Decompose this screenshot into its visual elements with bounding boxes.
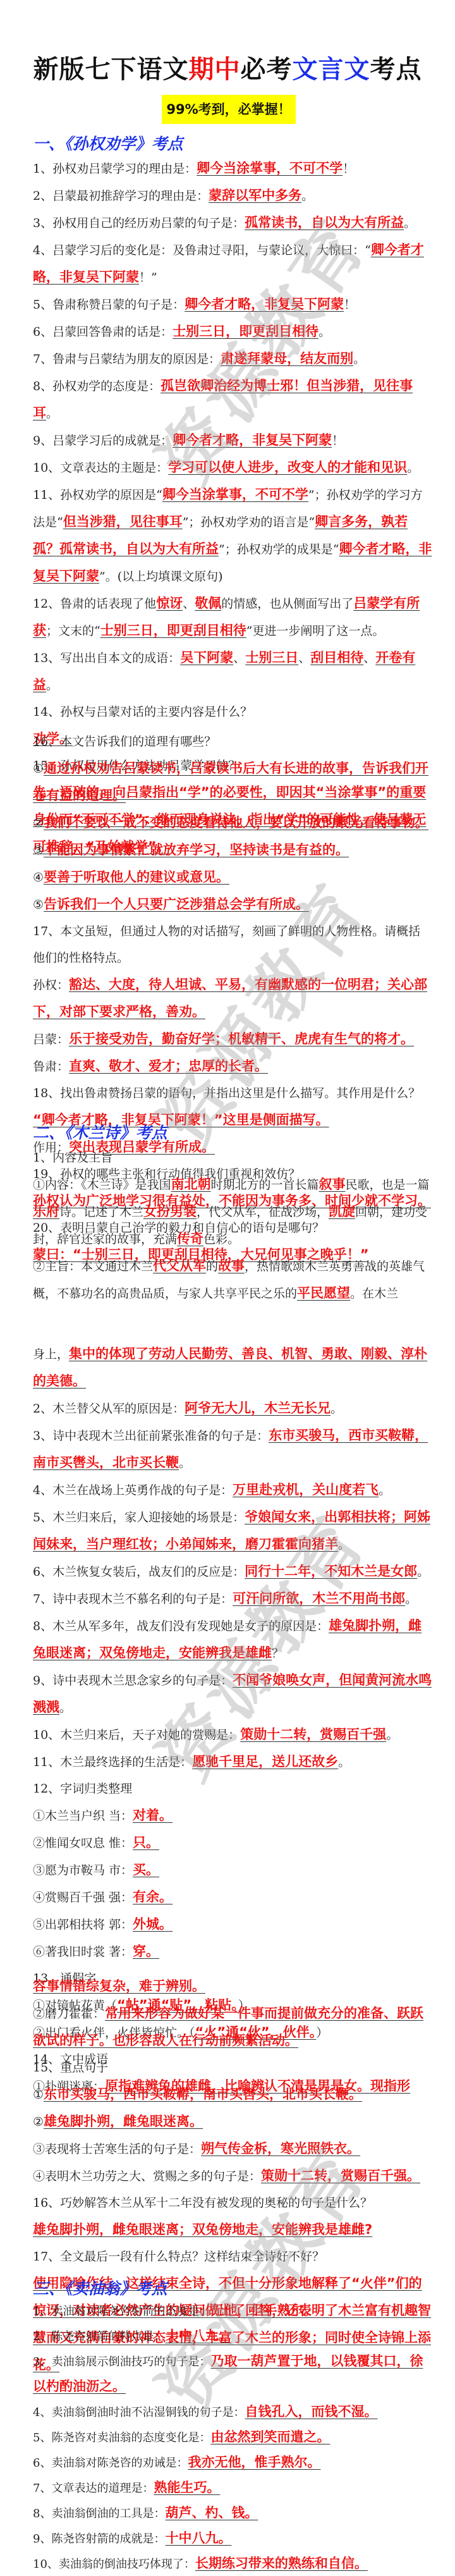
- item-12: 12、鲁肃的话表现了他惊讶、敬佩的情感，也从侧面写出了吕蒙学有所获；文末的“士别…: [33, 590, 432, 644]
- answer-text: 同行十二年，不知木兰是女郎: [245, 1564, 417, 1579]
- answer-text: 叙事: [319, 1177, 346, 1192]
- text-fragment: ②磨刀霍霍：: [33, 2007, 105, 2021]
- text-fragment: 诗。记述了木兰: [59, 1205, 143, 1219]
- text-fragment: 。在木兰: [350, 1287, 398, 1301]
- text-fragment: ①: [33, 2088, 44, 2102]
- text-fragment: ”；孙权劝学的成果是“: [219, 543, 339, 556]
- item-1: 1、孙权劝吕蒙学习的理由是：卿今当涂掌事，不可不学！: [33, 155, 432, 182]
- answer-text: 我们不要以一成不变的态度看待他人，要以开放的眼光看待事物。: [44, 815, 428, 830]
- answer-text: 穿。: [133, 1944, 159, 1959]
- text-fragment: 。: [179, 1456, 191, 1470]
- item-10: 10、文章表达的主题是：学习可以使人进步，改变人的才能和见识。: [33, 454, 432, 481]
- text-fragment: ①木兰当户织 当：: [33, 1809, 133, 1823]
- answer-text: 对着。: [133, 1808, 173, 1823]
- vocab-row-2: ②惟闻女叹息 惟：只。: [33, 1829, 432, 1856]
- text-fragment: ④赏赐百千强 强：: [33, 1891, 133, 1904]
- answer-text: 直爽、敬才、爱才；忠厚的长者。: [69, 1058, 268, 1074]
- mulan-item-16-answer: 雄兔脚扑朔，雌兔眼迷离；双兔傍地走，安能辨我是雄雌?: [33, 2216, 432, 2243]
- text-fragment: 。: [301, 189, 313, 203]
- text-fragment: 5、鲁肃称赞吕蒙的句子是：: [33, 298, 185, 312]
- text-fragment: ”。(以上均填课文原句): [99, 570, 223, 584]
- answer-text: 不能因为事情繁忙就放弃学习，坚持读书是有益的。: [44, 842, 349, 857]
- answer-text: 女扮男装: [143, 1204, 197, 1219]
- text-fragment: ①: [33, 762, 44, 776]
- mulan-item-3: 3、诗中表现木兰出征前紧张准备的句子是：东市买骏马，西市买鞍鞯，南市买辔头，北市…: [33, 1422, 432, 1476]
- theme-paragraph: ②主旨：本文通过木兰代父从军的故事，热情歌颂木兰英勇善战的英雄气概，不慕功名的高…: [33, 1253, 432, 1307]
- item-11: 11、孙权劝学的原因是“卿今当涂掌事，不可不学”；孙权劝学的学习方法是“但当涉猎…: [33, 481, 432, 590]
- answer-text: 长期练习带来的熟练和自信。: [195, 2556, 368, 2571]
- text-fragment: 。: [338, 1538, 350, 1552]
- text-fragment: 。: [46, 678, 58, 692]
- item-16-answer-3: ③不能因为事情繁忙就放弃学习，坚持读书是有益的。: [33, 837, 432, 864]
- mulan-item-7: 7、诗中表现木兰不慕名利的句子是：可汗问所欲，木兰不用尚书郎。: [33, 1585, 432, 1612]
- text-fragment: 1、卖油翁对陈尧咨射箭的态度是：: [33, 2305, 210, 2318]
- text-fragment: 。: [417, 1565, 429, 1579]
- text-fragment: 2、木兰替父从军的原因是：: [33, 1402, 185, 1416]
- answer-text: 十中八九。: [165, 2328, 231, 2343]
- mulan-item-2: 2、木兰替父从军的原因是：阿爷无大儿，木兰无长兄。: [33, 1395, 432, 1422]
- answer-text: 传奇: [177, 1231, 203, 1246]
- text-fragment: 时期北方的一首长篇: [211, 1178, 319, 1192]
- mulan-item-9: 9、诗中表现木兰思念家乡的句子是：不闻爷娘唤女声，但闻黄河流水鸣溅溅。: [33, 1667, 432, 1721]
- text-fragment: 。: [404, 216, 416, 230]
- answer-text: 学习可以使人进步，改变人的才能和见识: [168, 460, 407, 475]
- subtitle-highlight: 99%考到，必掌握！: [162, 95, 296, 124]
- text-fragment: 10、木兰归来后，天子对她的赏赐是：: [33, 1728, 240, 1742]
- text-fragment: ②: [33, 2115, 44, 2129]
- text-fragment: 民歌，也是一篇: [346, 1178, 430, 1192]
- text-fragment: 1、孙权劝吕蒙学习的理由是：: [33, 162, 197, 176]
- text-fragment: 4、木兰在战场上英勇作战的句子是：: [33, 1483, 233, 1497]
- key-sentence-3: ③表现将士苦寒生活的句子是：朔气传金柝，寒光照铁衣。: [33, 2135, 432, 2162]
- text-fragment: 3、卖油翁展示倒油技巧的句子是：: [33, 2355, 210, 2369]
- answer-text: 告诉我们一个人只要广泛涉猎总会学有所成。: [44, 897, 309, 912]
- answer-text: 我亦无他，惟手熟尔。: [188, 2455, 320, 2470]
- item-16-answer-2: ②我们不要以一成不变的态度看待他人，要以开放的眼光看待事物。: [33, 809, 432, 837]
- text-fragment: 。: [338, 1755, 350, 1769]
- text-fragment: 5、木兰归来后，家人迎接她的场景是：: [33, 1511, 245, 1524]
- answer-text: 吴下阿蒙: [180, 650, 233, 665]
- answer-text: 通过孙权劝告吕蒙读书，吕蒙读书后大有长进的故事，告诉我们开卷有益的道理。: [33, 761, 428, 803]
- item-4: 4、吕蒙学习后的变化是：及鲁肃过寻阳，与蒙论议，大惊曰：“卿今者才略，非复吴下阿…: [33, 236, 432, 291]
- answer-text: 熟能生巧。: [154, 2480, 220, 2495]
- oil-item-7: 7、文章表达的道理是：熟能生巧。: [33, 2475, 432, 2501]
- answer-text: 阿爷无大儿，木兰无长兄: [185, 1401, 331, 1416]
- key-sentence-4: ④表明木兰功劳之大、赏赐之多的句子是：策勋十二转，赏赐百千强。: [33, 2162, 432, 2190]
- text-fragment: ！: [332, 434, 344, 448]
- text-fragment: 9、诗中表现木兰思念家乡的句子是：: [33, 1674, 233, 1688]
- idiom-row-1-cont: 容事情错综复杂，难于辨别。: [33, 1973, 432, 2000]
- answer-text: 策勋十二转，赏赐百千强。: [261, 2168, 420, 2183]
- answer-text: 刮目相待: [310, 650, 363, 665]
- text-fragment: 6、卖油翁对陈尧咨的劝诫是：: [33, 2456, 188, 2470]
- text-fragment: ⑤出郭相扶将 郭：: [33, 1918, 133, 1932]
- key-sentence-1: ①东市买骏马，西市买鞍鞯，南市买辔头，北市买长鞭。: [33, 2081, 432, 2108]
- answer-text: 葫芦、杓、钱。: [165, 2505, 258, 2520]
- text-fragment: 色彩。: [203, 1232, 240, 1246]
- text-fragment: 9、吕蒙学习后的成就是：: [33, 434, 173, 448]
- item-18-question: 18、找出鲁肃赞扬吕蒙的语句，并指出这里是什么描写。其作用是什么？: [33, 1080, 432, 1107]
- answer-text: 卿今当涂掌事，不可不学: [162, 487, 308, 502]
- text-fragment: 8、卖油翁倒油的工具是：: [33, 2507, 165, 2520]
- oil-item-1: 1、卖油翁对陈尧咨射箭的态度是：无他，但手熟尔。: [33, 2298, 432, 2324]
- answer-text: 乐于接受劝告，勤奋好学；机敏精干、虎虎有生气的将才。: [69, 1031, 414, 1046]
- answer-text: 士别三日: [245, 650, 298, 665]
- answer-text: 乐府: [33, 1204, 59, 1219]
- item-16-answer-5: ⑤告诉我们一个人只要广泛涉猎总会学有所成。: [33, 891, 432, 918]
- text-fragment: 必考: [241, 55, 293, 84]
- answer-text: 十中八九。: [165, 2530, 231, 2546]
- text-fragment: 13、写出出自本文的成语：: [33, 651, 180, 665]
- content-paragraph: ①内容：《木兰诗》是我国南北朝时期北方的一首长篇叙事民歌，也是一篇乐府诗。记述了…: [33, 1171, 432, 1253]
- mulan-item-4: 4、木兰在战场上英勇作战的句子是：万里赴戎机，关山度若飞。: [33, 1476, 432, 1504]
- text-fragment: 3、诗中表现木兰出征前紧张准备的句子是：: [33, 1429, 269, 1443]
- text-fragment: ④表明木兰功劳之大、赏赐之多的句子是：: [33, 2169, 261, 2183]
- text-fragment: 。: [353, 352, 365, 366]
- text-fragment: 7、诗中表现木兰不慕名利的句子是：: [33, 1592, 233, 1606]
- answer-text: 平民愿望: [297, 1285, 350, 1301]
- text-fragment: ”；孙权劝学劝的语言是“: [183, 515, 315, 529]
- answer-text: 万里赴戎机，关山度若飞: [233, 1482, 379, 1497]
- text-fragment: ③表现将士苦寒生活的句子是：: [33, 2142, 201, 2156]
- text-fragment: ④: [33, 871, 44, 885]
- text-fragment: 考点: [370, 55, 422, 84]
- answer-text: 蒙辞以军中多务: [209, 188, 301, 203]
- answer-text: 有余。: [133, 1889, 173, 1904]
- answer-text: 敬佩: [195, 596, 221, 611]
- text-fragment: ！: [343, 162, 355, 176]
- text-fragment: 10、卖油翁的倒油技巧体现了：: [33, 2558, 195, 2571]
- text-fragment: 11、孙权劝学的原因是“: [33, 488, 162, 502]
- answer-text: 容事情错综复杂，难于辨别。: [33, 1978, 205, 1994]
- mulan-item-5: 5、木兰归来后，家人迎接她的场景是：爷娘闻女来，出郭相扶将；阿姊闻妹来，当户理红…: [33, 1504, 432, 1558]
- text-fragment: 。: [386, 1728, 398, 1742]
- vocab-row-4: ④赏赐百千强 强：有余。: [33, 1884, 432, 1911]
- item-3: 3、孙权用自己的经历劝吕蒙的句子是：孤常读书，自以为大有所益。: [33, 209, 432, 236]
- text-fragment: 7、文章表达的道理是：: [33, 2482, 154, 2495]
- item-17-lumeng: 吕蒙：乐于接受劝告，勤奋好学；机敏精干、虎虎有生气的将才。: [33, 1026, 432, 1053]
- text-fragment: 。: [59, 1701, 71, 1715]
- item-5: 5、鲁肃称赞吕蒙的句子是：卿今者才略，非复吴下阿蒙！: [33, 291, 432, 318]
- text-fragment: ！”: [139, 271, 157, 285]
- text-fragment: 鲁肃：: [33, 1060, 69, 1074]
- answer-text: 士别三日，即更刮目相待: [173, 324, 318, 339]
- text-fragment: 9、陈尧咨射箭的成就是：: [33, 2532, 165, 2546]
- answer-text: 肃遂拜蒙母，结友而别: [221, 351, 353, 366]
- oil-item-8: 8、卖油翁倒油的工具是：葫芦、杓、钱。: [33, 2501, 432, 2526]
- vocab-label: 12、字词归类整理: [33, 1776, 432, 1802]
- text-fragment: 。: [331, 1402, 343, 1416]
- key-sentence-2: ②雄兔脚扑朔，雌兔眼迷离。: [33, 2108, 432, 2135]
- page-title: 新版七下语文期中必考文言文考点: [0, 49, 455, 85]
- answer-text: 朔气传金柝，寒光照铁衣。: [201, 2141, 360, 2156]
- text-fragment: ①内容：《木兰诗》是我国: [33, 1178, 171, 1192]
- mulan-item-6: 6、木兰恢复女装后，战友们的反应是：同行十二年，不知木兰是女郎。: [33, 1558, 432, 1585]
- text-fragment: 7、鲁肃与吕蒙结为朋友的原因是：: [33, 352, 221, 366]
- answer-text: 可汗问所欲，木兰不用尚书郎: [233, 1591, 405, 1606]
- answer-text: 士别三日，即更刮目相待: [100, 623, 246, 638]
- item-9: 9、吕蒙学习后的成就是：卿今者才略，非复吴下阿蒙！: [33, 427, 432, 454]
- text-fragment: 、: [233, 651, 245, 665]
- text-fragment: 10、文章表达的主题是：: [33, 461, 168, 475]
- answer-text: 集中的体现了劳动人民勤劳、善良、机智、勇敢、刚毅、淳朴的美德。: [33, 1346, 427, 1389]
- text-fragment: 3、孙权用自己的经历劝吕蒙的句子是：: [33, 216, 245, 230]
- key-sentences-label: 15、重点句子: [33, 2054, 432, 2081]
- item-7: 7、鲁肃与吕蒙结为朋友的原因是：肃遂拜蒙母，结友而别。: [33, 345, 432, 372]
- answer-text: 但当涉猎，见往事耳: [63, 514, 183, 529]
- text-fragment: 8、孙权劝学的态度是：: [33, 379, 161, 393]
- text-fragment: 的情感，也从侧面写出了: [221, 597, 353, 611]
- text-fragment: ②主旨：本文通过木兰: [33, 1260, 153, 1273]
- text-fragment: ！: [344, 298, 356, 312]
- vocab-row-5: ⑤出郭相扶将 郭：外城。: [33, 1911, 432, 1938]
- answer-text: 自钱孔入，而钱不湿。: [245, 2404, 377, 2419]
- content-label: 1、内容及主旨: [33, 1144, 432, 1171]
- text-fragment: 。: [407, 461, 419, 475]
- section-heading-2: 二、《木兰诗》考点: [33, 1120, 167, 1146]
- item-16-answer-1: ①通过孙权劝告吕蒙读书，吕蒙读书后大有长进的故事，告诉我们开卷有益的道理。: [33, 755, 432, 809]
- answer-text: 只。: [133, 1835, 159, 1850]
- text-fragment: ⑥著我旧时裳 著：: [33, 1945, 133, 1959]
- answer-text: 雄兔脚扑朔，雌兔眼迷离。: [44, 2114, 203, 2129]
- oil-item-4: 4、卖油翁倒油时油不沾湿铜钱的句子是：自钱孔入，而钱不湿。: [33, 2400, 432, 2425]
- text-fragment: ；文末的“: [46, 624, 100, 638]
- item-16-question: 16、本文告诉我们的道理有哪些？: [33, 728, 432, 755]
- text-fragment: ③: [33, 843, 44, 857]
- text-fragment: 。: [46, 407, 58, 420]
- oil-item-6: 6、卖油翁对陈尧咨的劝诫是：我亦无他，惟手熟尔。: [33, 2450, 432, 2475]
- text-fragment: ？: [272, 1647, 284, 1660]
- oil-item-2: 2、陈尧咨射箭的特点是：十中八九。: [33, 2324, 432, 2349]
- vocab-row-6: ⑥著我旧时裳 著：穿。: [33, 1938, 432, 1965]
- oil-item-9: 9、陈尧咨射箭的成就是：十中八九。: [33, 2526, 432, 2551]
- item-6: 6、吕蒙回答鲁肃的话是：士别三日，即更刮目相待。: [33, 318, 432, 345]
- text-fragment: 期中: [189, 55, 241, 84]
- text-fragment: ”更进一步阐明了这一点。: [246, 624, 385, 638]
- answer-text: 愿驰千里足，送儿还故乡: [192, 1754, 338, 1769]
- vocab-row-1: ①木兰当户织 当：对着。: [33, 1802, 432, 1829]
- text-fragment: 11、木兰最终选择的生活是：: [33, 1755, 192, 1769]
- oil-item-3: 3、卖油翁展示倒油技巧的句子是：乃取一葫芦置于地，以钱覆其口，徐以杓酌油沥之。: [33, 2349, 432, 2400]
- mulan-item-17-question: 17、全文最后一段有什么特点？这样结束全诗好不好？: [33, 2243, 432, 2270]
- mulan-item-16-question: 16、巧妙解答木兰从军十二年没有被发现的奥秘的句子是什么？: [33, 2190, 432, 2216]
- answer-text: 代父从军: [153, 1258, 206, 1273]
- answer-text: 故事: [218, 1258, 245, 1273]
- item-8: 8、孙权劝学的态度是：孤岂欲卿治经为博士邪！但当涉猎，见往事耳。: [33, 372, 432, 427]
- idiom-row-2: ②磨刀霍霍：常用来形容为做好某一件事而提前做充分的准备、跃跃欲试的样子。也形容敌…: [33, 2000, 432, 2054]
- text-fragment: 、: [183, 597, 195, 611]
- answer-text: 惊讶: [156, 596, 183, 611]
- text-fragment: 2、吕蒙最初推辞学习的理由是：: [33, 189, 209, 203]
- answer-text: 东市买骏马，西市买鞍鞯，南市买辔头，北市买长鞭。: [44, 2087, 362, 2102]
- text-fragment: 。: [405, 1592, 417, 1606]
- answer-text: 卿今当涂掌事，不可不学: [197, 161, 343, 176]
- text-fragment: ⑤: [33, 898, 44, 912]
- section-heading-1: 一、《孙权劝学》考点: [33, 132, 183, 157]
- text-fragment: 。: [318, 325, 331, 339]
- item-14-question: 14、孙权与吕蒙对话的主要内容是什么？: [33, 699, 432, 725]
- item-17-question: 17、本文虽短，但通过人物的对话描写，刻画了鲜明的人物性格。请概括他们的性格特点…: [33, 918, 432, 971]
- text-fragment: ，代父从军，征战沙场，: [197, 1205, 329, 1219]
- theme-continued: 身上，集中的体现了劳动人民勤劳、善良、机智、勇敢、刚毅、淳朴的美德。: [33, 1340, 432, 1395]
- item-13: 13、写出出自本文的成语：吴下阿蒙、士别三日、刮目相待、开卷有益。: [33, 644, 432, 699]
- text-fragment: 2、陈尧咨射箭的特点是：: [33, 2330, 165, 2343]
- vocab-row-3: ③愿为市鞍马 市：买。: [33, 1856, 432, 1884]
- answer-text: 策勋十二转，赏赐百千强: [240, 1727, 386, 1742]
- answer-text: 卿今者才略，非复吴下阿蒙: [173, 432, 332, 448]
- text-fragment: ②: [33, 816, 44, 830]
- oil-item-5: 5、陈尧咨对卖油翁的态度变化是：由忿然到笑而遣之。: [33, 2425, 432, 2450]
- text-fragment: 12、鲁肃的话表现了他: [33, 597, 156, 611]
- text-fragment: 5、陈尧咨对卖油翁的态度变化是：: [33, 2431, 210, 2444]
- text-fragment: 4、卖油翁倒油时油不沾湿铜钱的句子是：: [33, 2406, 245, 2419]
- answer-text: 买。: [133, 1862, 159, 1877]
- text-fragment: 新版七下语文: [33, 55, 189, 84]
- item-17-sunquan: 孙权：豁达、大度，待人坦诚、平易，有幽默感的一位明君；关心部下，对部下要求严格，…: [33, 971, 432, 1026]
- oil-item-10: 10、卖油翁的倒油技巧体现了：长期练习带来的熟练和自信。: [33, 2551, 432, 2576]
- text-fragment: 吕蒙：: [33, 1033, 69, 1046]
- text-fragment: 6、吕蒙回答鲁肃的话是：: [33, 325, 173, 339]
- answer-text: 豁达、大度，待人坦诚、平易，有幽默感的一位明君；关心部下，对部下要求严格，善劝。: [33, 977, 427, 1019]
- text-fragment: 6、木兰恢复女装后，战友们的反应是：: [33, 1565, 245, 1579]
- text-fragment: 4、吕蒙学习后的变化是：及鲁肃过寻阳，与蒙论议，大惊曰：“: [33, 243, 371, 257]
- answer-text: 南北朝: [171, 1177, 211, 1192]
- section-2-content: 1、内容及主旨 ①内容：《木兰诗》是我国南北朝时期北方的一首长篇叙事民歌，也是一…: [33, 1144, 432, 1307]
- answer-text: 凯旋: [329, 1204, 355, 1219]
- text-fragment: 、: [363, 651, 375, 665]
- mulan-item-11: 11、木兰最终选择的生活是：愿驰千里足，送儿还故乡。: [33, 1748, 432, 1776]
- text-fragment: 8、木兰从军多年，战友们没有发现她是女子的原因是：: [33, 1619, 329, 1633]
- answer-text: 由忿然到笑而遣之。: [210, 2429, 330, 2444]
- answer-text: 外城。: [133, 1917, 173, 1932]
- item-2: 2、吕蒙最初推辞学习的理由是：蒙辞以军中多务。: [33, 182, 432, 209]
- answer-text: 无他，但手熟尔。: [210, 2303, 317, 2318]
- text-fragment: 。: [379, 1483, 391, 1497]
- text-fragment: ③愿为市鞍马 市：: [33, 1863, 133, 1877]
- item-16-answer-4: ④要善于听取他人的建议或意见。: [33, 864, 432, 891]
- text-fragment: 的: [206, 1260, 218, 1273]
- text-fragment: 身上，: [33, 1347, 69, 1361]
- mulan-item-8: 8、木兰从军多年，战友们没有发现她是女子的原因是：雄兔脚扑朔，雌兔眼迷离；双兔傍…: [33, 1612, 432, 1667]
- answer-text: 孤常读书，自以为大有所益: [245, 215, 404, 230]
- answer-text: 要善于听取他人的建议或意见。: [44, 869, 229, 885]
- mulan-item-10: 10、木兰归来后，天子对她的赏赐是：策勋十二转，赏赐百千强。: [33, 1721, 432, 1748]
- section-heading-3: 三、《卖油翁》考点: [33, 2276, 167, 2302]
- answer-text: 卿今者才略，非复吴下阿蒙: [185, 297, 344, 312]
- text-fragment: 文言文: [293, 55, 370, 84]
- item-17-lusu: 鲁肃：直爽、敬才、爱才；忠厚的长者。: [33, 1053, 432, 1080]
- text-fragment: 、: [298, 651, 310, 665]
- section-3-items: 1、卖油翁对陈尧咨射箭的态度是：无他，但手熟尔。 2、陈尧咨射箭的特点是：十中八…: [33, 2298, 432, 2576]
- answer-text: 雄兔脚扑朔，雌兔眼迷离；双兔傍地走，安能辨我是雄雌?: [33, 2222, 372, 2237]
- text-fragment: 孙权：: [33, 978, 69, 992]
- text-fragment: ②惟闻女叹息 惟：: [33, 1836, 133, 1850]
